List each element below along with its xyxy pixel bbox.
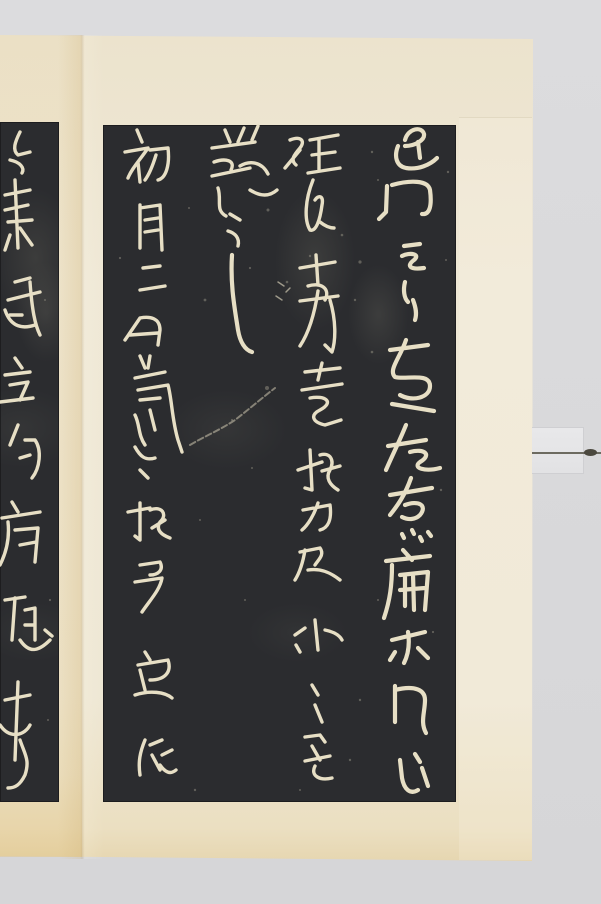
column-3-text: 羲之	[103, 125, 104, 126]
left-panel-label: Previous page (partially visible)	[0, 122, 1, 123]
scene-description: Photographed page of a bound Chinese cal…	[0, 0, 1, 1]
right-rubbing-panel: Current page rubbing 也向之八至左右心痛不可言 狂以高云報力…	[103, 125, 456, 802]
thread-knot	[584, 449, 597, 456]
right-panel-label: Current page rubbing	[103, 125, 104, 126]
page-margin-strip	[459, 117, 532, 860]
column-1-text: 也向之八至左右心痛不可言	[103, 125, 104, 126]
page-gutter-fold	[58, 35, 104, 859]
column-4-text: 初月二日羲之報可息能	[103, 125, 104, 126]
left-column-1-text: 之東感並倚痛現心甚	[0, 122, 1, 123]
left-rubbing-panel: Previous page (partially visible) 之東感並倚痛…	[0, 122, 59, 802]
column-2-text: 狂以高云報力及不一一具	[103, 125, 104, 126]
page-marker-tab[interactable]: Page marker tab with thread	[532, 427, 584, 474]
tab-label: Page marker tab with thread	[532, 428, 533, 429]
